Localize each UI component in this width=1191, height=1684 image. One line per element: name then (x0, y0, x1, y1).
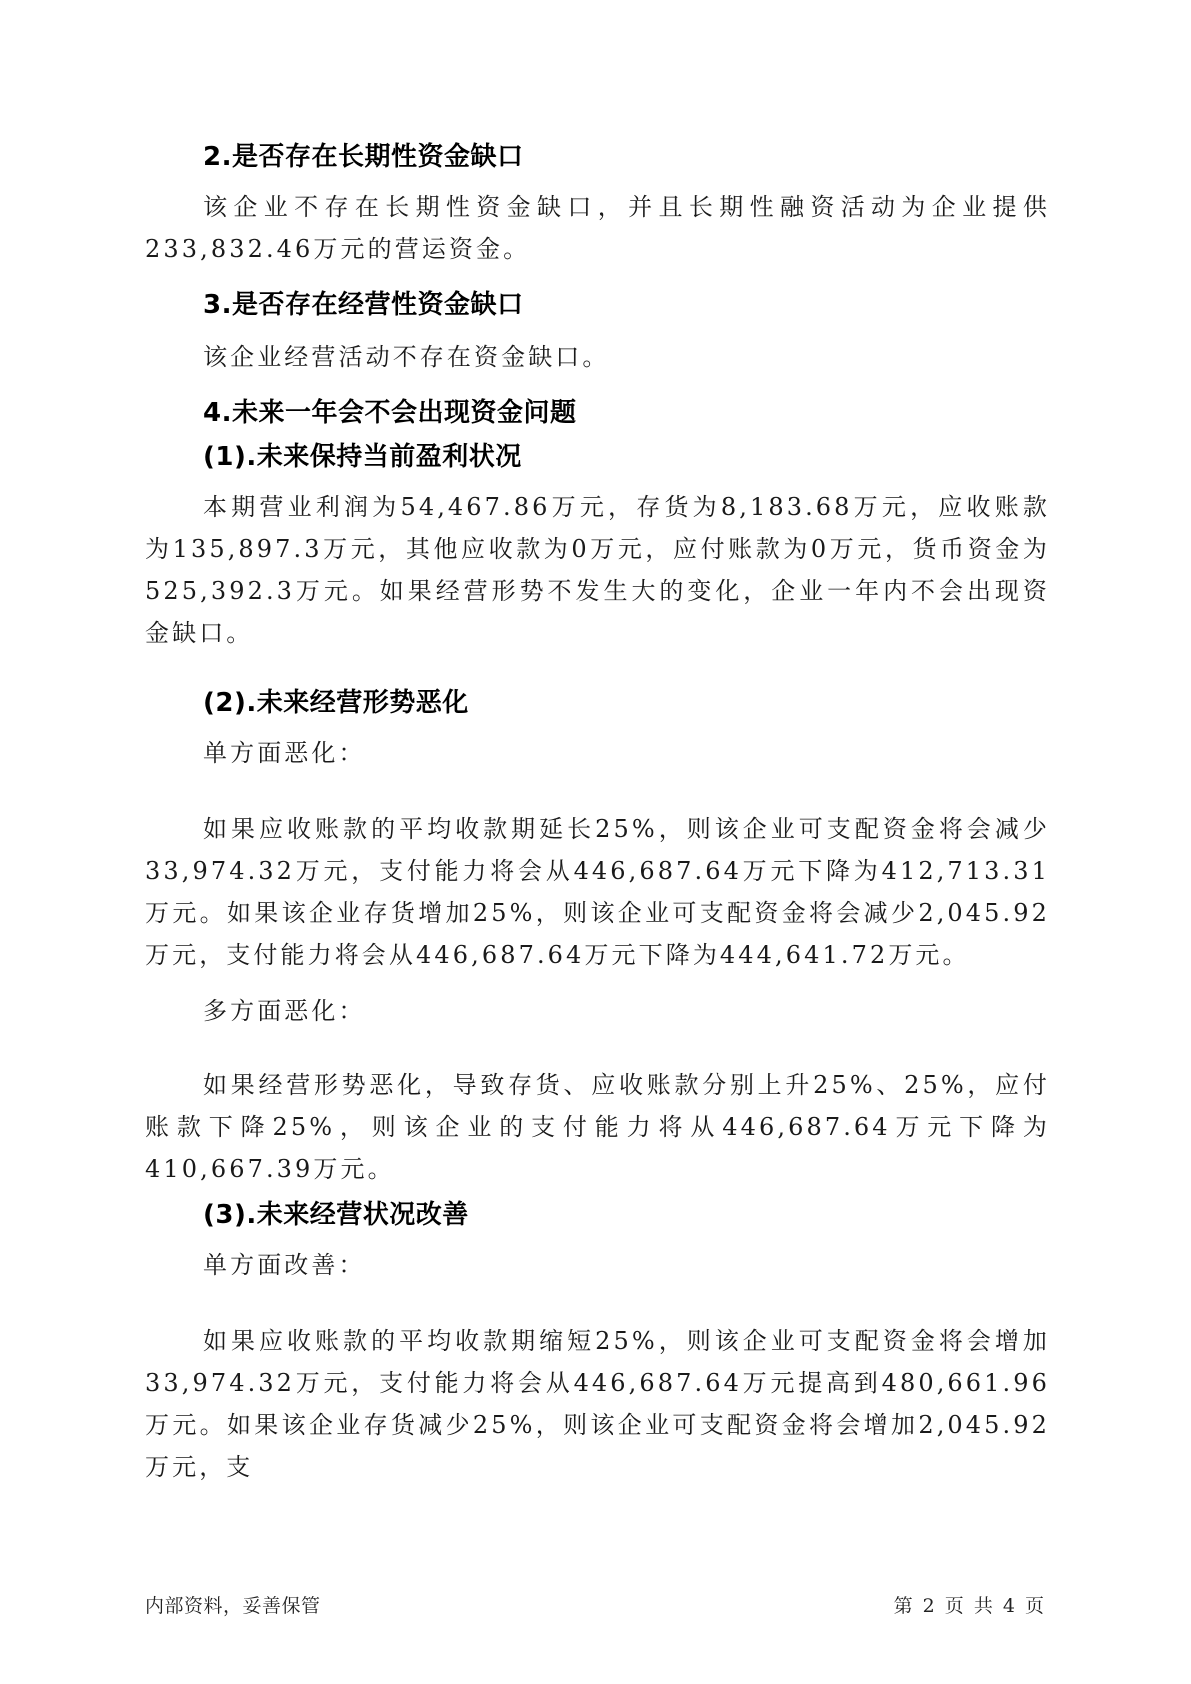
subheading-improvement: (3).未来经营状况改善 (145, 1198, 1108, 1232)
label-multi-deterioration: 多方面恶化： (145, 990, 1050, 1032)
heading-long-term-gap: 2.是否存在长期性资金缺口 (145, 140, 1108, 174)
paragraph-single-improvement: 如果应收账款的平均收款期缩短25%，则该企业可支配资金将会增加33,974.32… (145, 1320, 1050, 1488)
subheading-current-profit: (1).未来保持当前盈利状况 (145, 440, 1108, 474)
paragraph-long-term-gap: 该企业不存在长期性资金缺口，并且长期性融资活动为企业提供233,832.46万元… (145, 186, 1050, 270)
document-page: 2.是否存在长期性资金缺口 该企业不存在长期性资金缺口，并且长期性融资活动为企业… (0, 0, 1191, 1684)
paragraph-operating-gap: 该企业经营活动不存在资金缺口。 (145, 336, 1050, 378)
paragraph-current-profit: 本期营业利润为54,467.86万元，存货为8,183.68万元，应收账款为13… (145, 486, 1050, 654)
heading-operating-gap: 3.是否存在经营性资金缺口 (145, 288, 1108, 322)
label-single-deterioration: 单方面恶化： (145, 732, 1050, 774)
heading-next-year: 4.未来一年会不会出现资金问题 (145, 396, 1108, 430)
paragraph-multi-deterioration: 如果经营形势恶化，导致存货、应收账款分别上升25%、25%，应付账款下降25%，… (145, 1064, 1050, 1190)
label-single-improvement: 单方面改善： (145, 1244, 1050, 1286)
subheading-deterioration: (2).未来经营形势恶化 (145, 686, 1108, 720)
footer-page-number: 第 2 页 共 4 页 (894, 1591, 1046, 1618)
footer-confidential-note: 内部资料，妥善保管 (145, 1591, 321, 1618)
paragraph-single-deterioration: 如果应收账款的平均收款期延长25%，则该企业可支配资金将会减少33,974.32… (145, 808, 1050, 976)
